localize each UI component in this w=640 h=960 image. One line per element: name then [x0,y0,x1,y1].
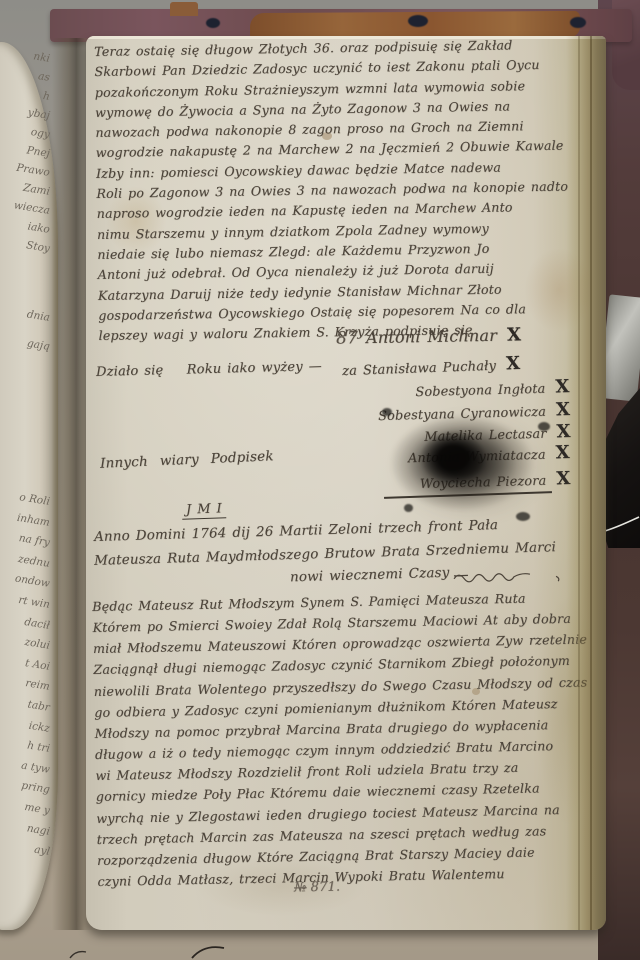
ink-speck [404,504,413,512]
thread-on-table [68,948,88,960]
thread-on-table [188,942,228,960]
page-number: №871. [294,880,341,896]
manuscript-page: Teraz ostaię się długow Złotych 36. oraz… [86,36,606,930]
ink-speck [382,408,392,416]
invocation-mark: J M I [182,501,227,520]
manuscript-line: Mateusza Ruta Maydmłodszego Brutow Brata… [94,540,556,569]
witness-name: za Stanisława Puchały [342,359,497,379]
binding-dark-spot [206,18,220,28]
witness-name-column: Antonia WymiataczaXWoyciecha PiezoraX [345,441,570,498]
edge-grime-streak [578,36,580,930]
struck-number-mark: № [294,880,307,895]
witness-more-label: Innych wiary Podpisek [100,448,274,472]
signature-x-mark: X [507,324,521,345]
manuscript-line: Anno Domini 1764 dij 26 Martii Zeloni tr… [94,518,498,545]
witness-line: Woyciecha PiezoraX [346,467,571,498]
binding-dark-spot [570,17,586,28]
edge-grime-streak [590,36,592,930]
facing-page-text-fragments: nkiashybajogyPnejPrawoZamiwieczaiakoStoy [0,46,50,255]
witness-intro: Działo się Roku iako wyżey — [96,359,322,380]
witness-more-text: Innych wiary Podpisek [100,448,274,472]
manuscript-line: nowi wiecznemi Czasy [290,566,450,586]
witness-x-mark: X [506,353,521,374]
manuscript-photo: nkiashybajogyPnejPrawoZamiwieczaiakoStoy… [0,0,640,960]
binding-dark-spot [408,15,428,27]
witness-name: Sobestyona Ingłota [415,382,545,400]
witness-x-mark: X [556,399,571,420]
signature-paraph: 87 [336,328,358,348]
signature-line: 87Antoni MichnarX [336,324,521,348]
witness-x-mark: X [555,376,570,397]
flourish-squiggle [452,566,562,586]
anno-domini-line: nowi wiecznemi Czasy [290,566,450,586]
anno-domini-line: Anno Domini 1764 dij 26 Martii Zeloni tr… [94,518,498,545]
binding-tab [170,2,198,16]
ink-speck [538,422,550,431]
witness-intro-text: Działo się Roku iako wyżey — [96,359,322,380]
deed-paragraph-1: Teraz ostaię się długow Złotych 36. oraz… [94,36,606,346]
anno-domini-line: Mateusza Ruta Maydmłodszego Brutow Brata… [94,540,556,569]
deed-paragraph-2: Będąc Mateusz Rut Młodszym Synem S. Pami… [92,586,606,892]
witness-name: Woyciecha Piezora [420,473,547,491]
witness-x-mark: X [556,468,571,489]
facing-page-text-fragments: dniagajq [0,300,50,358]
witness-name: Antonia Wymiatacza [408,448,546,467]
witness-name: Sobestyana Cyranowicza [378,404,546,423]
witness-name-column: Sobestyona IngłotaXSobestyana Cyranowicz… [345,377,571,450]
facing-page-text-fragments: o Roliinhamna fryzednuondowrt windaciłzo… [0,488,50,859]
page-number-value: 871. [310,880,340,896]
witness-first: za Stanisława PuchałyX [342,353,521,380]
ink-speck [516,512,530,521]
witness-x-mark: X [555,442,570,463]
witness-x-mark: X [556,421,571,442]
signature-name: Antoni Michnar [366,326,497,347]
